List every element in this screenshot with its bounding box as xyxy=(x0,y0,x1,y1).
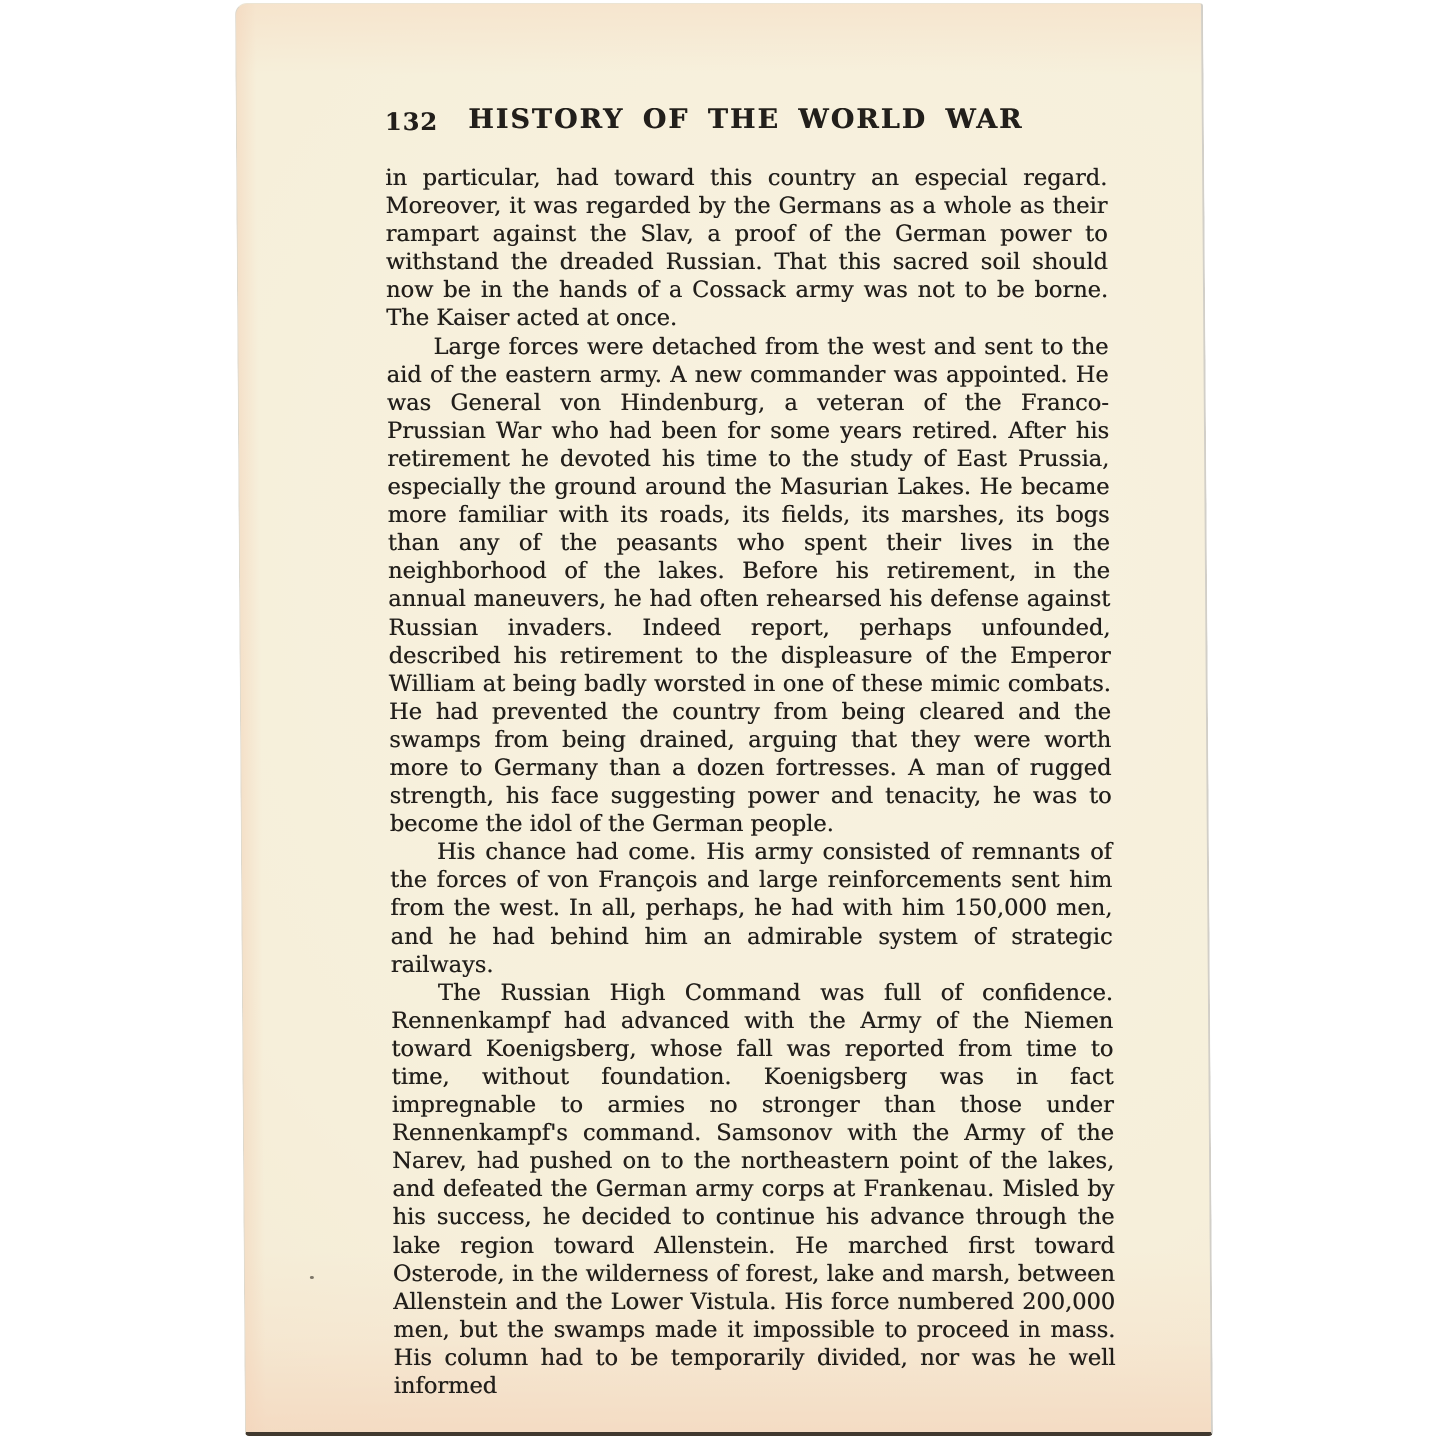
scanned-page: 132 HISTORY OF THE WORLD WAR in particul… xyxy=(235,3,1213,1436)
paper-speck xyxy=(310,1276,314,1279)
page-body: in particular, had toward this country a… xyxy=(385,164,1116,1400)
paragraph: His chance had come. His army consisted … xyxy=(390,838,1113,978)
paragraph: in particular, had toward this country a… xyxy=(385,164,1108,333)
paragraph: The Russian High Command was full of con… xyxy=(391,979,1116,1400)
paragraph: Large forces were detached from the west… xyxy=(386,333,1112,839)
running-header: HISTORY OF THE WORLD WAR xyxy=(385,104,1107,135)
photo-background: 132 HISTORY OF THE WORLD WAR in particul… xyxy=(0,0,1445,1445)
page-header: 132 HISTORY OF THE WORLD WAR xyxy=(385,104,1107,138)
